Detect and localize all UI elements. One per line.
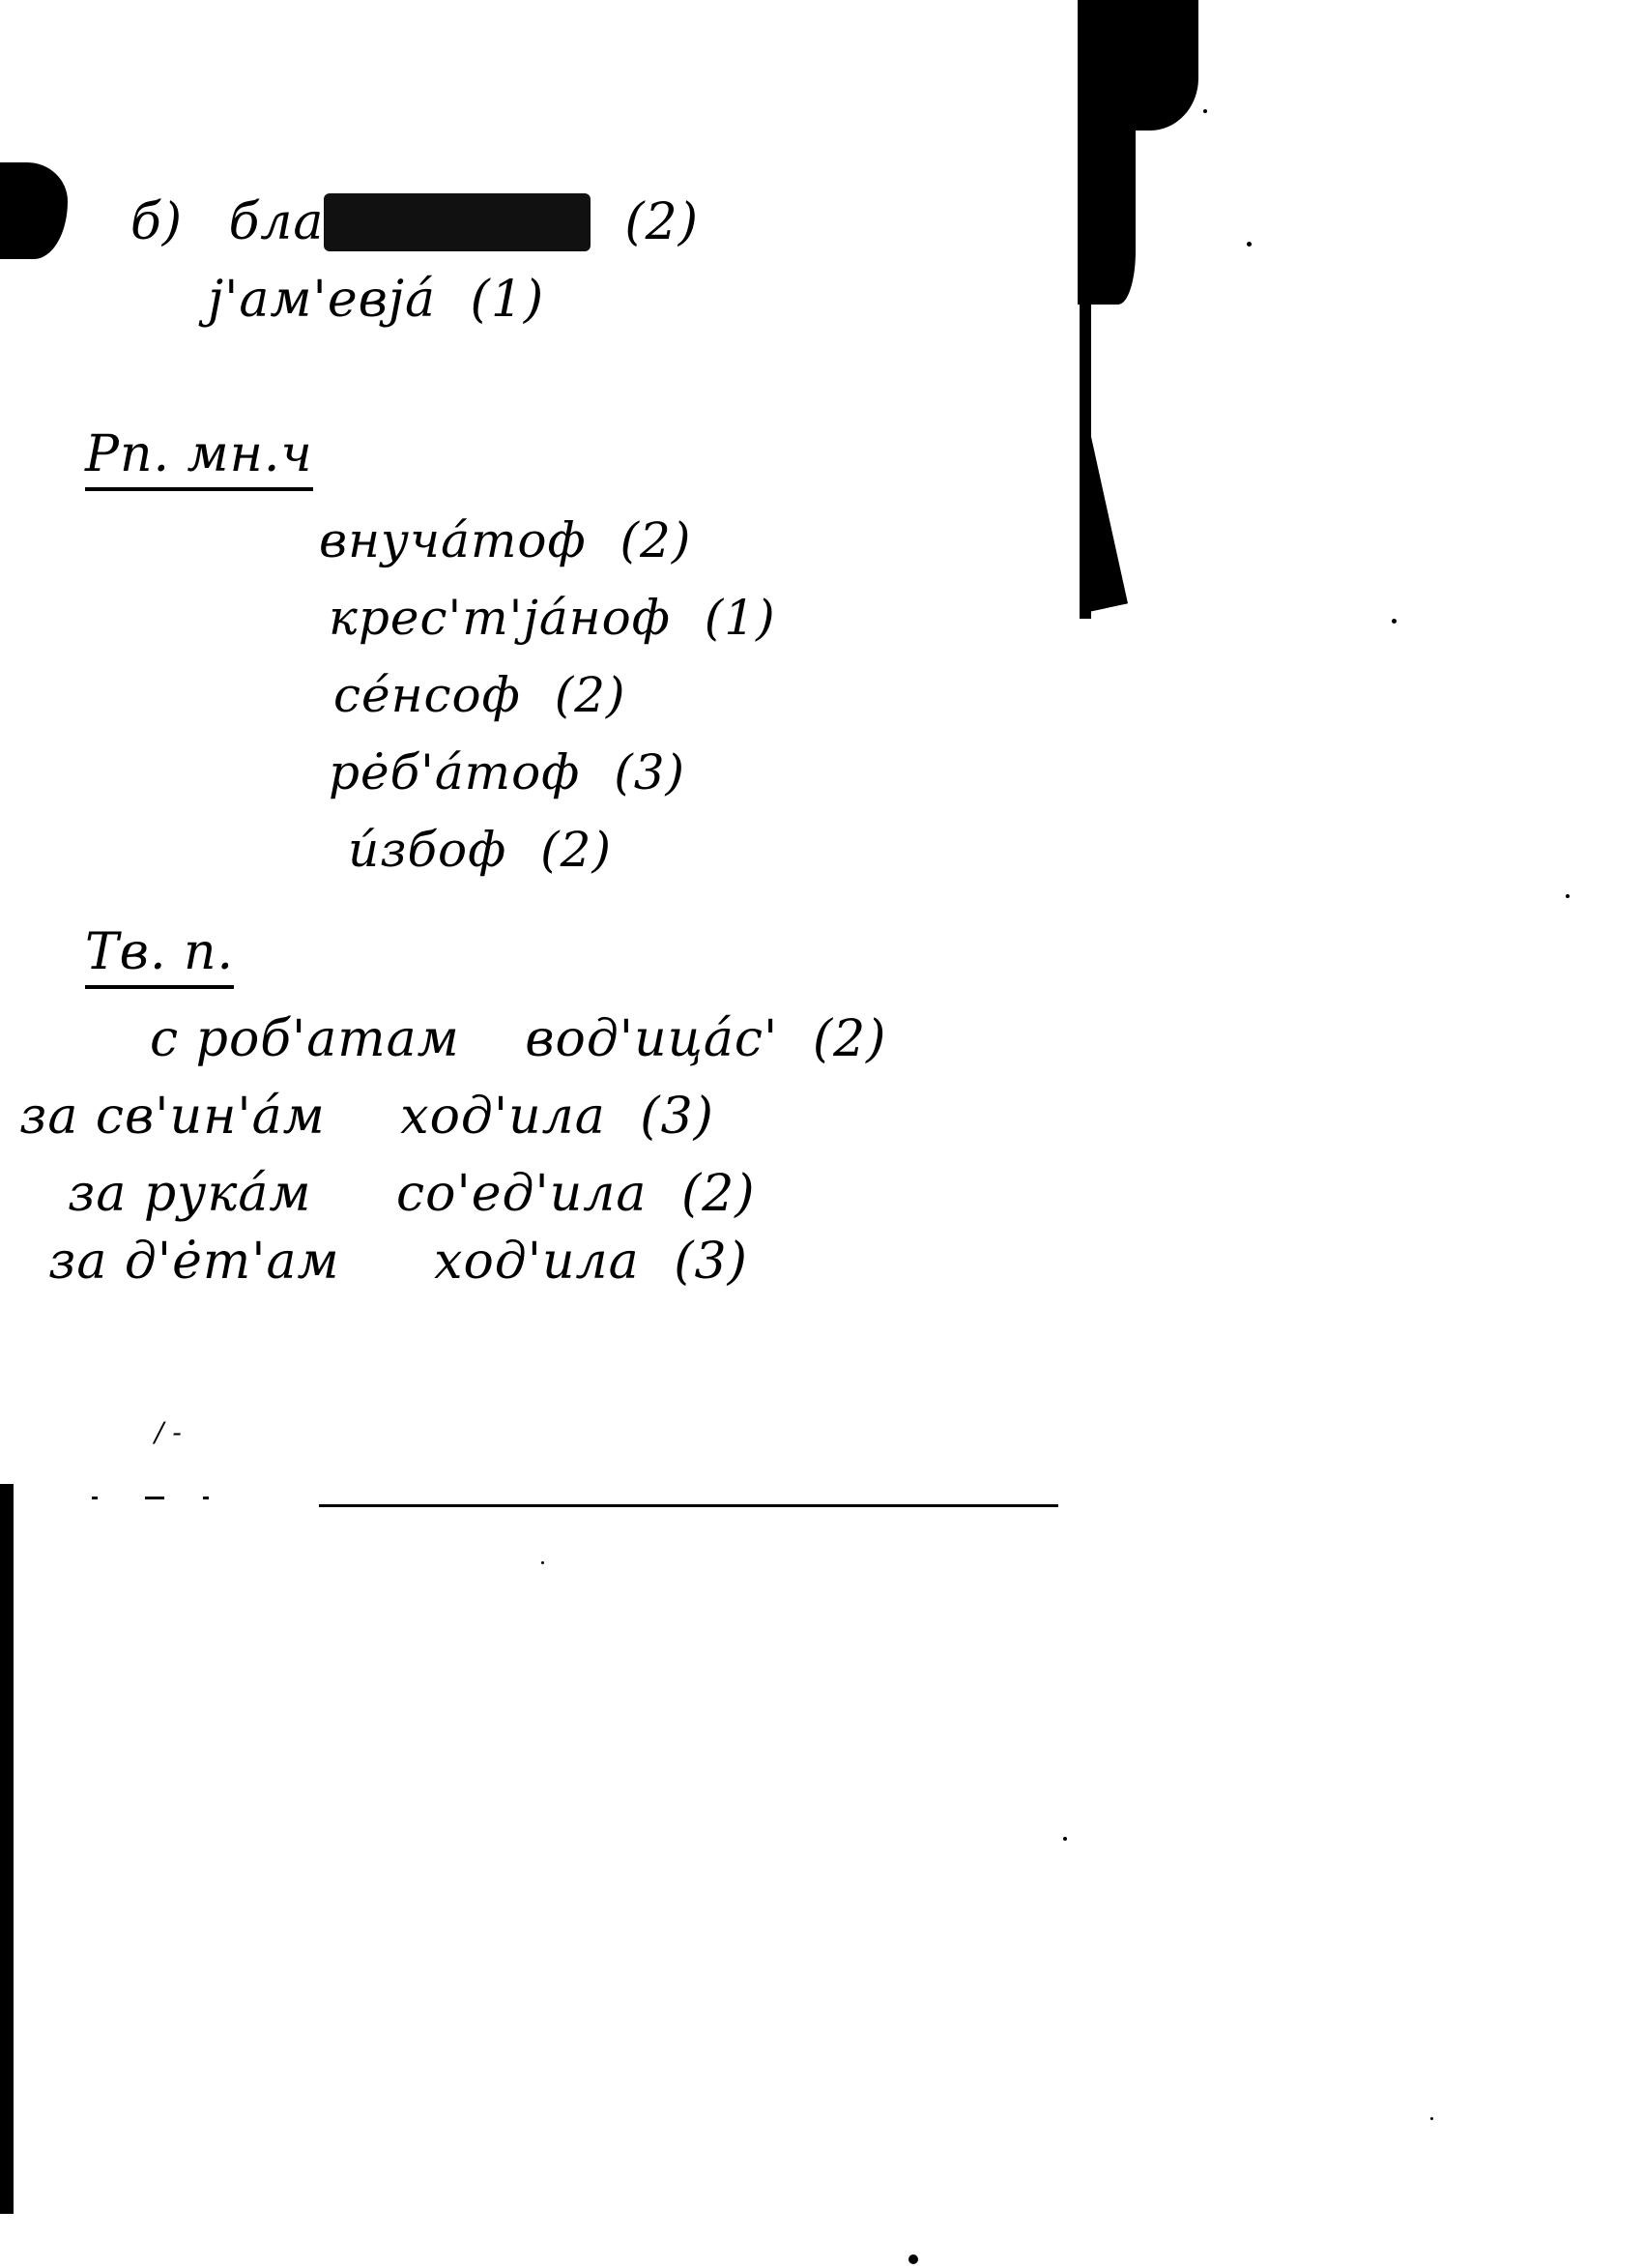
- phrase: за св'ин'а́м: [19, 1088, 326, 1146]
- count: (2): [813, 1010, 887, 1068]
- count: (2): [681, 1165, 756, 1223]
- verb: вод'ица́с': [525, 1010, 778, 1068]
- phrase-row: с роб'атам вод'ица́с' (2): [150, 1010, 886, 1068]
- rule-fragment: [92, 1497, 98, 1499]
- section-b-line-1: б) бла~~~~~~ (2): [130, 193, 699, 251]
- struck-out-word: ~~~~~~: [324, 193, 590, 251]
- heading-text: Рп. мн.ч: [85, 425, 313, 491]
- scanned-page: б) бла~~~~~~ (2) j'ам'евjа́ (1) Рп. мн.ч…: [0, 0, 1643, 2268]
- list-item: внуча́тоф (2): [319, 512, 691, 568]
- word: j'ам'евjа́: [208, 271, 436, 329]
- speck: [1203, 109, 1207, 113]
- verb: ход'ила: [400, 1088, 606, 1146]
- section-heading-genitive: Рп. мн.ч: [85, 425, 313, 483]
- heading-text: Тв. п.: [85, 923, 234, 989]
- speck: [1247, 242, 1252, 247]
- speck: [1566, 894, 1570, 898]
- list-item: ре̇б'а́тоф (3): [329, 744, 685, 800]
- phrase: за д'е̇т'ам: [48, 1233, 340, 1291]
- scan-blot-left: [0, 162, 68, 259]
- section-heading-instrumental: Тв. п.: [85, 923, 234, 981]
- section-marker: б): [130, 193, 183, 251]
- rule-fragment: [203, 1497, 209, 1499]
- speck: [541, 1561, 544, 1564]
- word: ре̇б'а́тоф: [329, 744, 580, 800]
- word: бла: [229, 193, 325, 251]
- count: (2): [540, 822, 612, 878]
- count: (3): [614, 744, 685, 800]
- scan-edge-right: [1078, 126, 1136, 305]
- phrase-row: за рука́м со'ед'ила (2): [68, 1165, 756, 1223]
- speck: [1392, 619, 1397, 624]
- rule-fragment: [145, 1497, 164, 1499]
- speck: [908, 2254, 918, 2264]
- count: (3): [674, 1233, 748, 1291]
- phrase-row: за св'ин'а́м ход'ила (3): [19, 1088, 714, 1146]
- verb: со'ед'ила: [396, 1165, 647, 1223]
- scan-edge-right: [1080, 406, 1128, 614]
- count: (2): [624, 193, 699, 251]
- phrase: за рука́м: [68, 1165, 312, 1223]
- phrase-row: за д'е̇т'ам ход'ила (3): [48, 1233, 748, 1291]
- list-item: крес'т'jа́ноф (1): [329, 590, 776, 646]
- count: (1): [471, 271, 545, 329]
- word: се́нсоф: [333, 667, 521, 723]
- word: и́збоф: [348, 822, 506, 878]
- count: (3): [640, 1088, 714, 1146]
- count: (1): [705, 590, 776, 646]
- list-item: и́збоф (2): [348, 822, 612, 878]
- horizontal-rule: [319, 1504, 1058, 1507]
- stray-mark: / -: [155, 1416, 182, 1448]
- count: (2): [620, 512, 692, 568]
- speck: [1063, 1837, 1067, 1841]
- scan-edge-left-bar: [0, 1484, 14, 2214]
- count: (2): [555, 667, 626, 723]
- verb: ход'ила: [434, 1233, 640, 1291]
- scan-edge-right: [1078, 0, 1198, 131]
- list-item: се́нсоф (2): [333, 667, 626, 723]
- phrase: с роб'атам: [150, 1010, 460, 1068]
- section-b-line-2: j'ам'евjа́ (1): [208, 271, 544, 329]
- word: крес'т'jа́ноф: [329, 590, 671, 646]
- word: внуча́тоф: [319, 512, 587, 568]
- speck: [1430, 2117, 1433, 2120]
